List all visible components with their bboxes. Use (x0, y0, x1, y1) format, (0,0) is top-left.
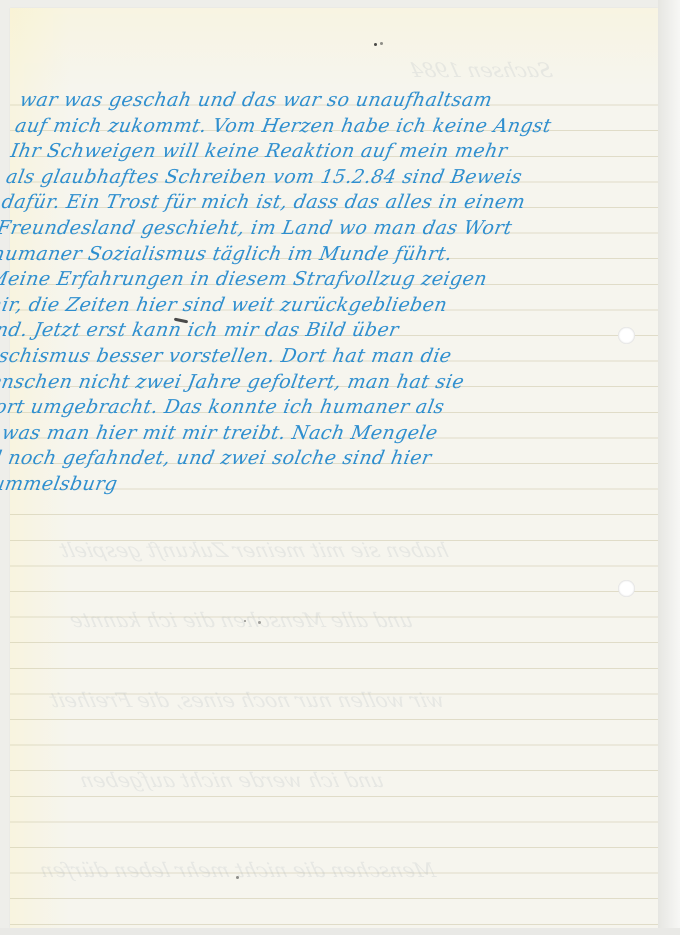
scanner-bed-edge (0, 928, 680, 935)
text-line: mir, die Zeiten hier sind weit zurückgeb… (0, 293, 626, 319)
text-line: Meine Erfahrungen in diesem Strafvollzug… (0, 267, 630, 293)
scanner-bed-edge (658, 0, 680, 935)
text-line: als glaubhaftes Schreiben vom 15.2.84 si… (4, 165, 649, 191)
text-line: Faschismus besser vorstellen. Dort hat m… (0, 344, 617, 370)
text-line: das was man hier mit mir treibt. Nach Me… (0, 421, 603, 447)
dust-speck (258, 621, 261, 624)
text-line: dafür. Ein Trost für mich ist, dass das … (0, 190, 644, 216)
text-line: sofort umgebracht. Das konnte ich humane… (0, 395, 608, 421)
text-line: wird noch gefahndet, und zwei solche sin… (0, 446, 599, 472)
dust-speck (380, 42, 383, 45)
bleed-through-text: haben sie mit meiner Zukunft gespielt (57, 538, 451, 562)
letter-paper: Sachsen 1984 haben sie mit meiner Zukunf… (10, 8, 658, 928)
text-line: humaner Sozialismus täglich im Munde füh… (0, 242, 635, 268)
dust-speck (374, 43, 377, 46)
text-line: war was geschah und das war so unaufhalt… (17, 88, 662, 114)
text-line: sind. Jetzt erst kann ich mir das Bild ü… (0, 318, 621, 344)
scanned-page: Sachsen 1984 haben sie mit meiner Zukunf… (0, 0, 680, 935)
top-margin (10, 8, 658, 80)
bleed-through-text: Sachsen 1984 (407, 58, 555, 82)
text-line: in Rummelsburg (0, 472, 594, 498)
binder-hole (618, 580, 635, 597)
text-line: auf mich zukommt. Vom Herzen habe ich ke… (13, 114, 658, 140)
binder-hole (618, 327, 635, 344)
dust-speck (244, 620, 246, 622)
text-line: Menschen nicht zwei Jahre gefoltert, man… (0, 370, 612, 396)
bleed-through-text: und alle Menschen die ich kannte (67, 608, 415, 632)
handwritten-text: war was geschah und das war so unaufhalt… (0, 88, 662, 498)
bleed-through-text: und ich werde nicht aufgeben (77, 768, 386, 792)
text-line: Freundesland geschieht, im Land wo man d… (0, 216, 639, 242)
bleed-through-text: wir wollen nur noch eines, die Freiheit (47, 688, 447, 712)
text-line: Ihr Schweigen will keine Reaktion auf me… (8, 139, 653, 165)
dust-speck (236, 876, 239, 879)
